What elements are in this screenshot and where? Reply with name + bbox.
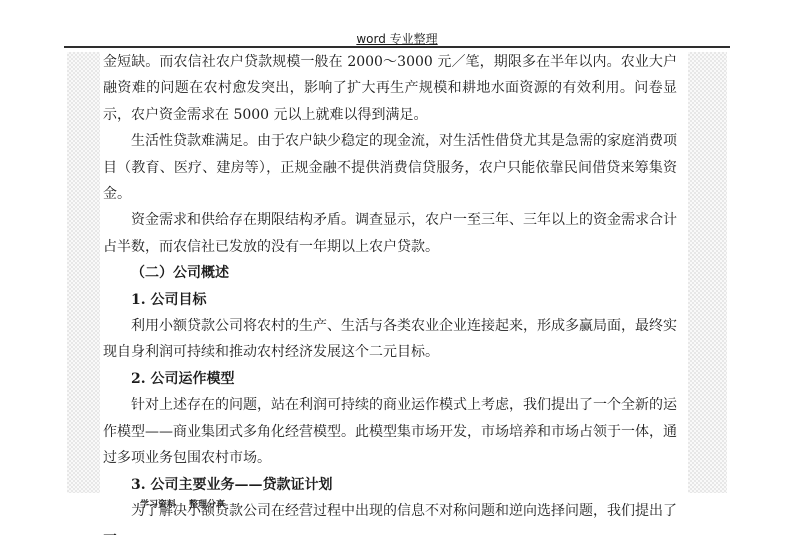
subsection-heading: 1. 公司目标 bbox=[103, 287, 677, 313]
page-header: word 专业整理 bbox=[64, 30, 730, 47]
paragraph: 资金需求和供给存在期限结构矛盾。调查显示，农户一至三年、三年以上的资金需求合计占… bbox=[103, 207, 677, 260]
subsection-heading: 3. 公司主要业务——贷款证计划 bbox=[103, 472, 677, 498]
paragraph: 利用小额贷款公司将农村的生产、生活与各类农业企业连接起来，形成多赢局面，最终实现… bbox=[103, 313, 677, 366]
header-title-text: word 专业整理 bbox=[356, 32, 437, 46]
document-body: 金短缺。而农信社农户贷款规模一般在 2000～3000 元／笔，期限多在半年以内… bbox=[103, 49, 677, 551]
paragraph: 针对上述存在的问题，站在利润可持续的商业运作模式上考虑，我们提出了一个全新的运作… bbox=[103, 392, 677, 471]
section-heading: （二）公司概述 bbox=[103, 260, 677, 286]
paragraph-continuation: 金短缺。而农信社农户贷款规模一般在 2000～3000 元／笔，期限多在半年以内… bbox=[103, 49, 677, 128]
page-footer: 学习资料整理分享 bbox=[140, 497, 225, 510]
subsection-heading: 2. 公司运作模型 bbox=[103, 366, 677, 392]
footer-right-text: 整理分享 bbox=[189, 500, 225, 510]
scan-noise-strip-left bbox=[67, 52, 100, 493]
header-divider bbox=[64, 46, 730, 48]
document-page: word 专业整理 金短缺。而农信社农户贷款规模一般在 2000～3000 元／… bbox=[0, 0, 792, 560]
paragraph: 生活性贷款难满足。由于农户缺少稳定的现金流，对生活性借贷尤其是急需的家庭消费项目… bbox=[103, 128, 677, 207]
scan-noise-strip-right bbox=[688, 52, 727, 493]
footer-left-text: 学习资料 bbox=[140, 500, 176, 510]
